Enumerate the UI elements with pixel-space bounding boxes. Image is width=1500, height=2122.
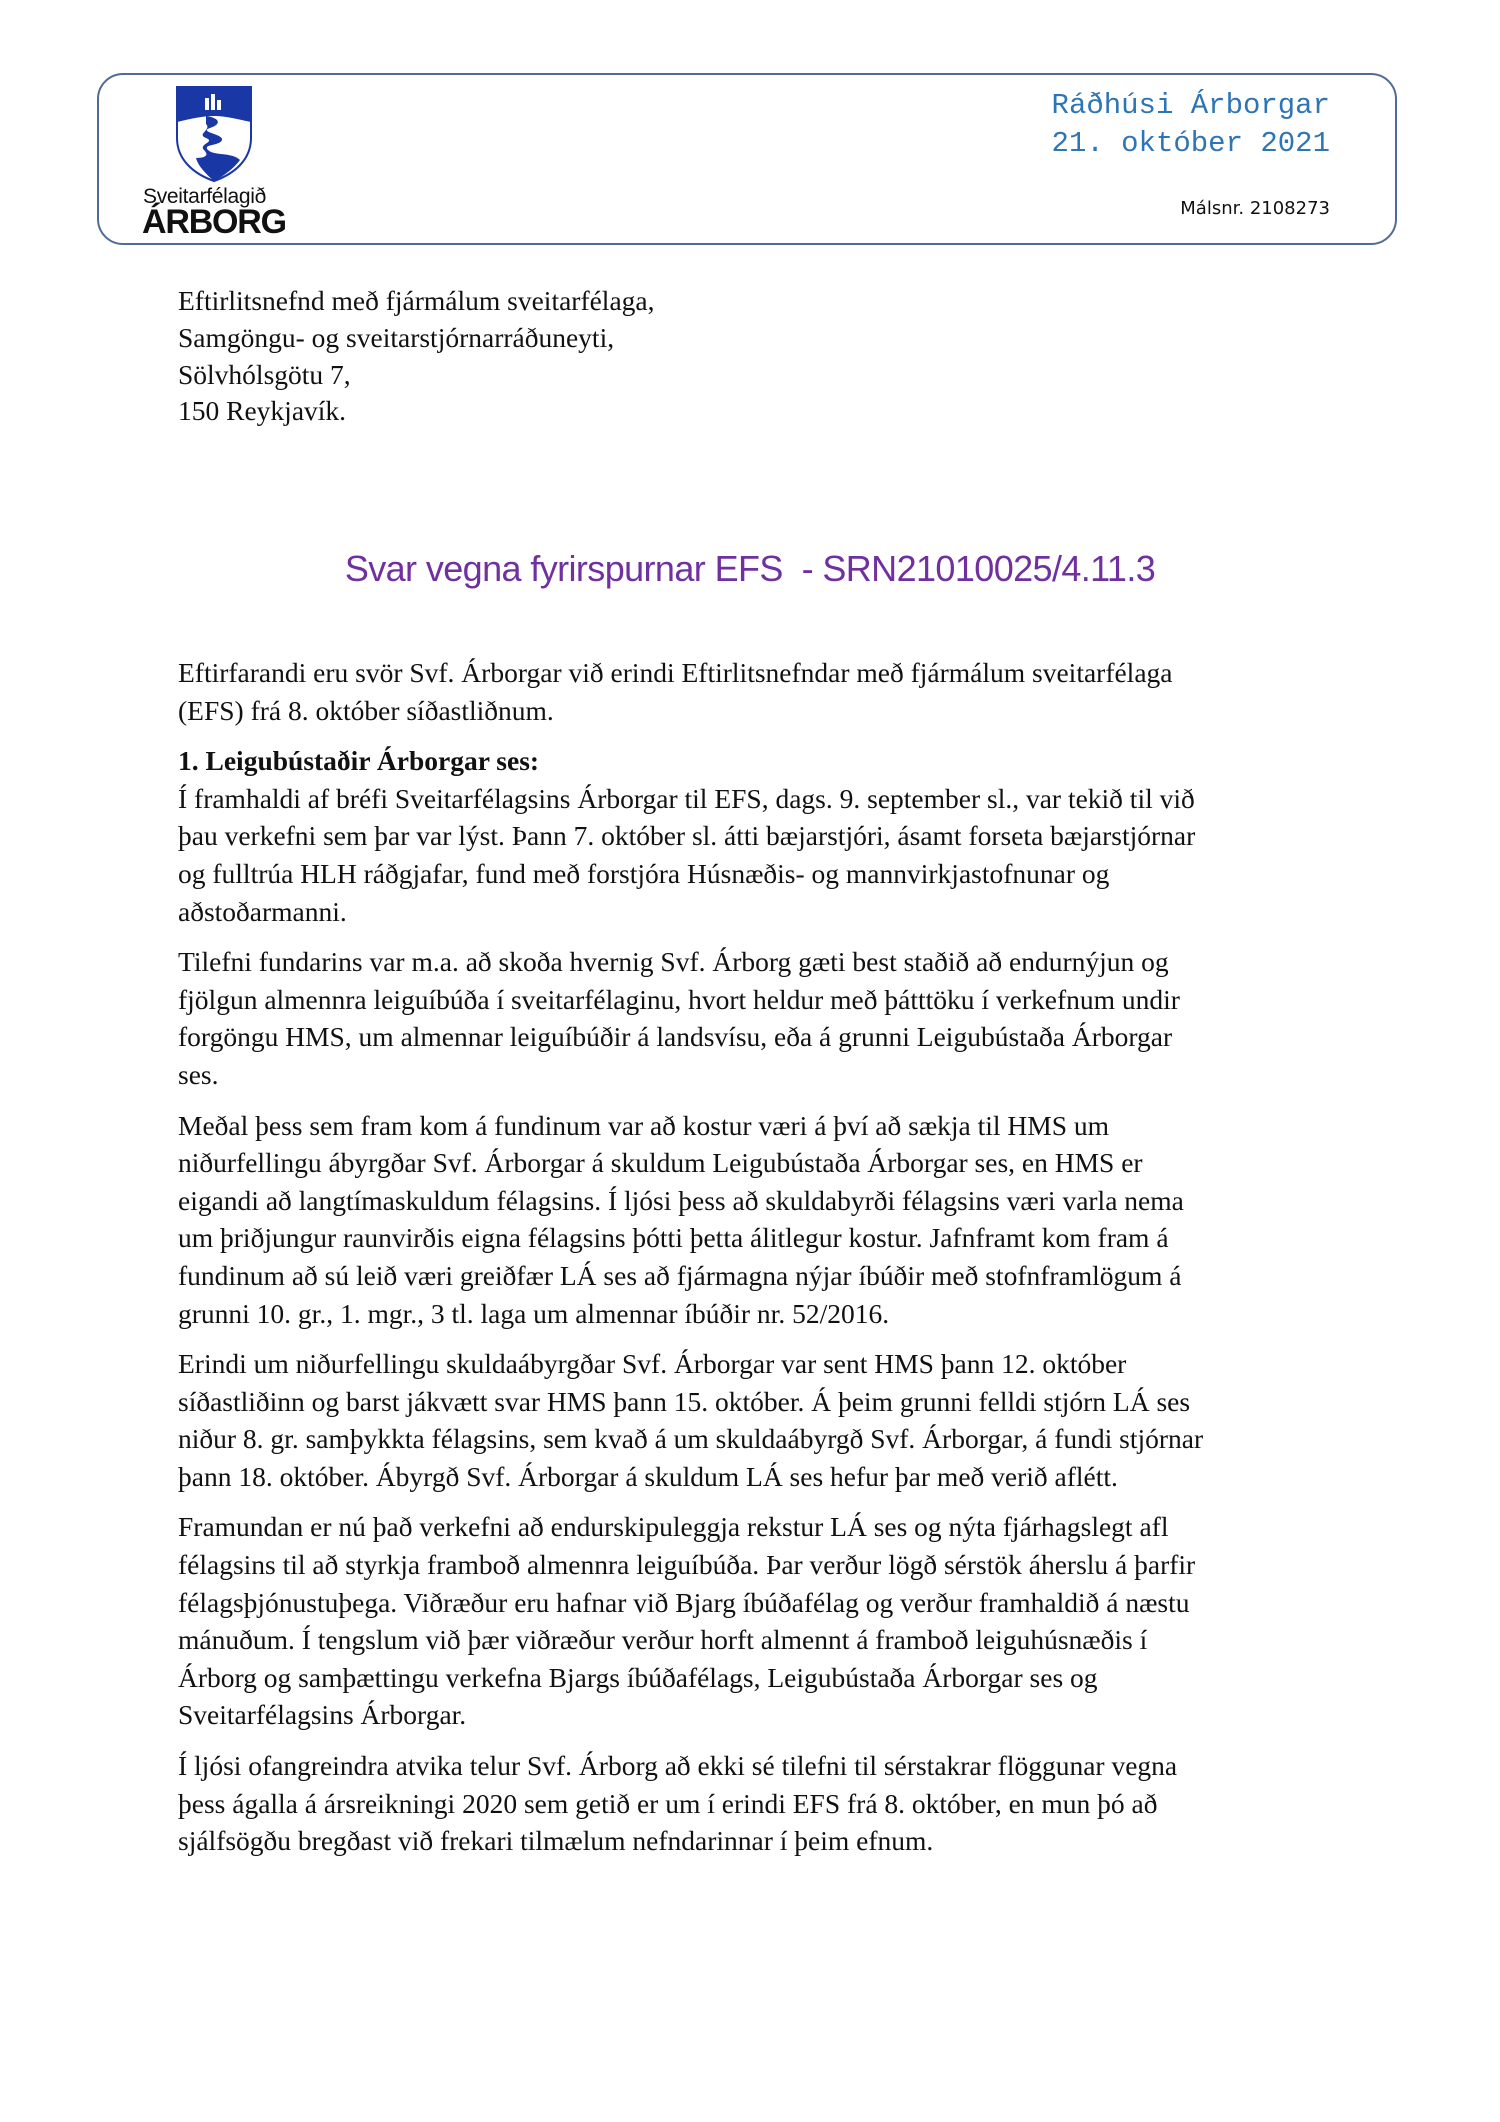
text-line: mánuðum. Í tengslum við þær viðræður ver…	[178, 1621, 1328, 1659]
text-line: fundinum að sú leið væri greiðfær LÁ ses…	[178, 1257, 1328, 1295]
paragraph: Erindi um niðurfellingu skuldaábyrgðar S…	[178, 1345, 1328, 1495]
section-1: 1. Leigubústaðir Árborgar ses: Í framhal…	[178, 742, 1328, 930]
municipality-logo: Sveitarfélagið ÁRBORG	[143, 86, 293, 246]
text-line: þann 18. október. Ábyrgð Svf. Árborgar á…	[178, 1458, 1328, 1496]
text-line: Eftirfarandi eru svör Svf. Árborgar við …	[178, 654, 1328, 692]
paragraph: Tilefni fundarins var m.a. að skoða hver…	[178, 943, 1328, 1093]
recipient-line: Samgöngu- og sveitarstjórnarráðuneyti,	[178, 320, 654, 357]
recipient-address: Eftirlitsnefnd með fjármálum sveitarféla…	[178, 283, 654, 430]
letter-date: 21. október 2021	[1052, 127, 1330, 160]
text-line: Í ljósi ofangreindra atvika telur Svf. Á…	[178, 1747, 1328, 1785]
closing-paragraph: Í ljósi ofangreindra atvika telur Svf. Á…	[178, 1747, 1328, 1860]
paragraph: Framundan er nú það verkefni að endurski…	[178, 1508, 1328, 1734]
text-line: þess ágalla á ársreikningi 2020 sem geti…	[178, 1785, 1328, 1823]
section-heading: 1. Leigubústaðir Árborgar ses:	[178, 742, 1328, 780]
text-line: niðurfellingu ábyrgðar Svf. Árborgar á s…	[178, 1144, 1328, 1182]
text-line: ses.	[178, 1056, 1328, 1094]
text-line: Árborg og samþættingu verkefna Bjargs íb…	[178, 1659, 1328, 1697]
text-line: félagsins til að styrkja framboð almennr…	[178, 1546, 1328, 1584]
text-line: fjölgun almennra leiguíbúða í sveitarfél…	[178, 981, 1328, 1019]
text-line: Sveitarfélagsins Árborgar.	[178, 1696, 1328, 1734]
recipient-line: 150 Reykjavík.	[178, 393, 654, 430]
text-line: og fulltrúa HLH ráðgjafar, fund með fors…	[178, 855, 1328, 893]
text-line: sjálfsögðu bregðast við frekari tilmælum…	[178, 1822, 1328, 1860]
text-line: um þriðjungur raunvirðis eigna félagsins…	[178, 1219, 1328, 1257]
paragraph: Meðal þess sem fram kom á fundinum var a…	[178, 1107, 1328, 1333]
text-line: aðstoðarmanni.	[178, 893, 1328, 931]
text-line: eigandi að langtímaskuldum félagsins. Í …	[178, 1182, 1328, 1220]
letter-place: Ráðhúsi Árborgar	[1052, 89, 1330, 122]
recipient-line: Eftirlitsnefnd með fjármálum sveitarféla…	[178, 283, 654, 320]
text-line: þau verkefni sem þar var lýst. Þann 7. o…	[178, 817, 1328, 855]
text-line: Meðal þess sem fram kom á fundinum var a…	[178, 1107, 1328, 1145]
document-title: Svar vegna fyrirspurnar EFS - SRN2101002…	[0, 548, 1500, 590]
text-line: félagsþjónustuþega. Viðræður eru hafnar …	[178, 1584, 1328, 1622]
text-line: forgöngu HMS, um almennar leiguíbúðir á …	[178, 1018, 1328, 1056]
text-line: síðastliðinn og barst jákvætt svar HMS þ…	[178, 1383, 1328, 1421]
recipient-line: Sölvhólsgötu 7,	[178, 357, 654, 394]
text-line: niður 8. gr. samþykkta félagsins, sem kv…	[178, 1420, 1328, 1458]
text-line: Erindi um niðurfellingu skuldaábyrgðar S…	[178, 1345, 1328, 1383]
logo-name: ÁRBORG	[142, 203, 302, 242]
text-line: (EFS) frá 8. október síðastliðnum.	[178, 692, 1328, 730]
intro-paragraph: Eftirfarandi eru svör Svf. Árborgar við …	[178, 654, 1328, 729]
text-line: Tilefni fundarins var m.a. að skoða hver…	[178, 943, 1328, 981]
arborg-shield-icon	[176, 86, 252, 182]
text-line: Framundan er nú það verkefni að endurski…	[178, 1508, 1328, 1546]
letter-body: Eftirfarandi eru svör Svf. Árborgar við …	[178, 654, 1328, 1873]
text-line: Í framhaldi af bréfi Sveitarfélagsins Ár…	[178, 780, 1328, 818]
case-number: Málsnr. 2108273	[1180, 198, 1330, 219]
text-line: grunni 10. gr., 1. mgr., 3 tl. laga um a…	[178, 1295, 1328, 1333]
